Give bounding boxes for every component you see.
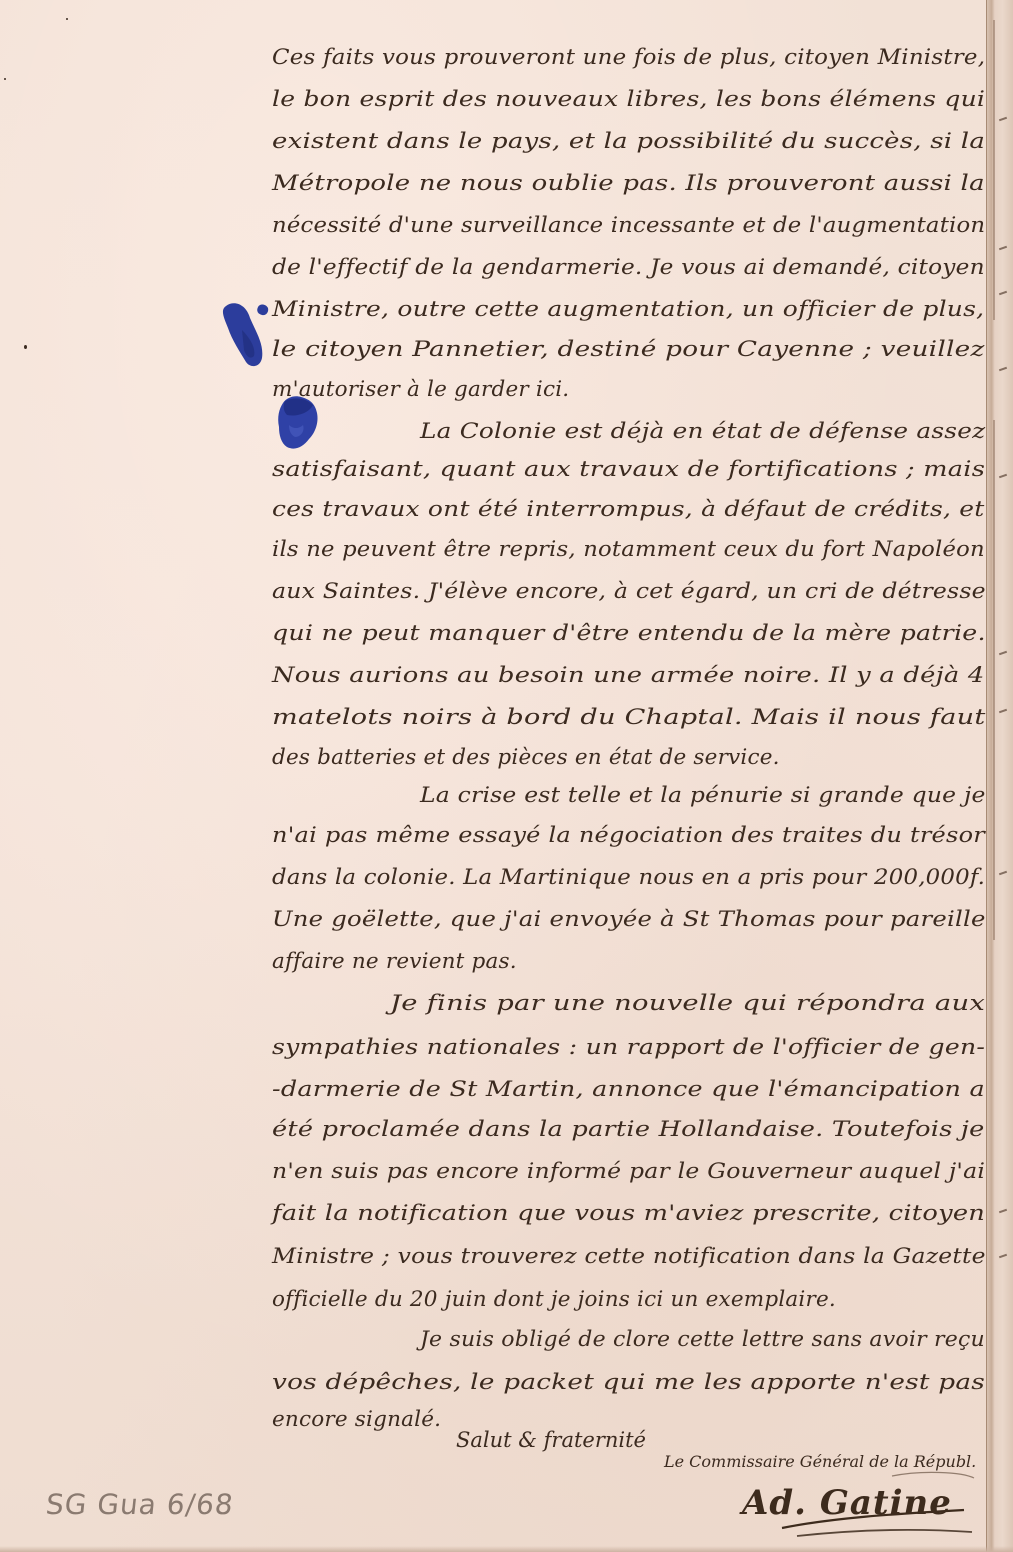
text-line: Ministre, outre cette augmentation, un o… — [272, 296, 984, 324]
text-line: n'en suis pas encore informé par le Gouv… — [272, 1158, 985, 1186]
text-line: été proclamée dans la partie Hollandaise… — [272, 1116, 984, 1144]
edge-crease — [993, 20, 995, 320]
text-line: existent dans le pays, et la possibilité… — [272, 128, 985, 156]
paper-speck — [24, 345, 27, 349]
text-line: m'autoriser à le garder ici. — [272, 376, 569, 404]
text-line: des batteries et des pièces en état de s… — [272, 744, 780, 772]
edge-ink-mark — [999, 367, 1007, 372]
edge-ink-mark — [999, 246, 1007, 251]
text-line: aux Saintes. J'élève encore, à cet égard… — [272, 578, 986, 606]
text-line: affaire ne revient pas. — [272, 948, 517, 976]
text-line: qui ne peut manquer d'être entendu de la… — [272, 620, 986, 648]
text-line: dans la colonie. La Martinique nous en a… — [272, 864, 985, 892]
page-bottom-edge — [0, 1546, 1013, 1552]
text-line: Une goëlette, que j'ai envoyée à St Thom… — [272, 906, 986, 934]
text-line-indented: Je finis par une nouvelle qui répondra a… — [390, 990, 985, 1018]
text-line: de l'effectif de la gendarmerie. Je vous… — [272, 254, 985, 282]
text-line: ils ne peuvent être repris, notamment ce… — [272, 536, 985, 564]
text-line-indented: La crise est telle et la pénurie si gran… — [420, 782, 986, 810]
text-line: satisfaisant, quant aux travaux de forti… — [272, 456, 985, 484]
archive-reference-mark: SG Gua 6/68 — [44, 1488, 235, 1521]
edge-ink-mark — [999, 1209, 1007, 1214]
salutation: Salut & fraternité — [456, 1428, 646, 1452]
signature: Ad. Gatine — [742, 1483, 952, 1523]
text-line: ces travaux ont été interrompus, à défau… — [272, 496, 985, 524]
signatory-title: Le Commissaire Général de la Républ. — [664, 1452, 976, 1471]
text-line: Nous aurions au besoin une armée noire. … — [272, 662, 985, 690]
edge-ink-mark — [999, 117, 1007, 122]
text-line: sympathies nationales : un rapport de l'… — [272, 1034, 985, 1062]
text-line: Métropole ne nous oublie pas. Ils prouve… — [272, 170, 985, 198]
ink-blot-small — [256, 303, 270, 317]
edge-ink-mark — [999, 1254, 1007, 1259]
edge-ink-mark — [999, 291, 1007, 296]
text-line: Ces faits vous prouveront une fois de pl… — [272, 44, 985, 72]
paper-speck — [66, 18, 68, 20]
edge-ink-mark — [999, 651, 1007, 656]
edge-ink-mark — [999, 709, 1007, 714]
ink-blot-lower — [275, 395, 321, 455]
edge-ink-mark — [999, 871, 1007, 876]
page-edge — [986, 0, 1013, 1552]
text-line: -darmerie de St Martin, annonce que l'ém… — [272, 1076, 985, 1104]
edge-ink-mark — [999, 474, 1007, 479]
text-line: le bon esprit des nouveaux libres, les b… — [272, 86, 985, 114]
text-line: nécessité d'une surveillance incessante … — [272, 212, 985, 240]
text-line: n'ai pas même essayé la négociation des … — [272, 822, 985, 850]
text-line: vos dépêches, le packet qui me les appor… — [272, 1369, 985, 1397]
text-line-indented: Je suis obligé de clore cette lettre san… — [420, 1326, 985, 1354]
text-line: le citoyen Pannetier, destiné pour Cayen… — [272, 336, 985, 364]
text-line-indented: La Colonie est déjà en état de défense a… — [420, 418, 985, 446]
text-line: matelots noirs à bord du Chaptal. Mais i… — [272, 704, 986, 732]
edge-crease — [993, 420, 995, 940]
manuscript-page: Ces faits vous prouveront une fois de pl… — [0, 0, 1013, 1552]
text-line: Ministre ; vous trouverez cette notifica… — [272, 1243, 986, 1271]
paper-speck — [4, 78, 6, 80]
text-line: encore signalé. — [272, 1406, 441, 1434]
text-line: fait la notification que vous m'aviez pr… — [272, 1200, 985, 1228]
text-line: officielle du 20 juin dont je joins ici … — [272, 1286, 836, 1314]
